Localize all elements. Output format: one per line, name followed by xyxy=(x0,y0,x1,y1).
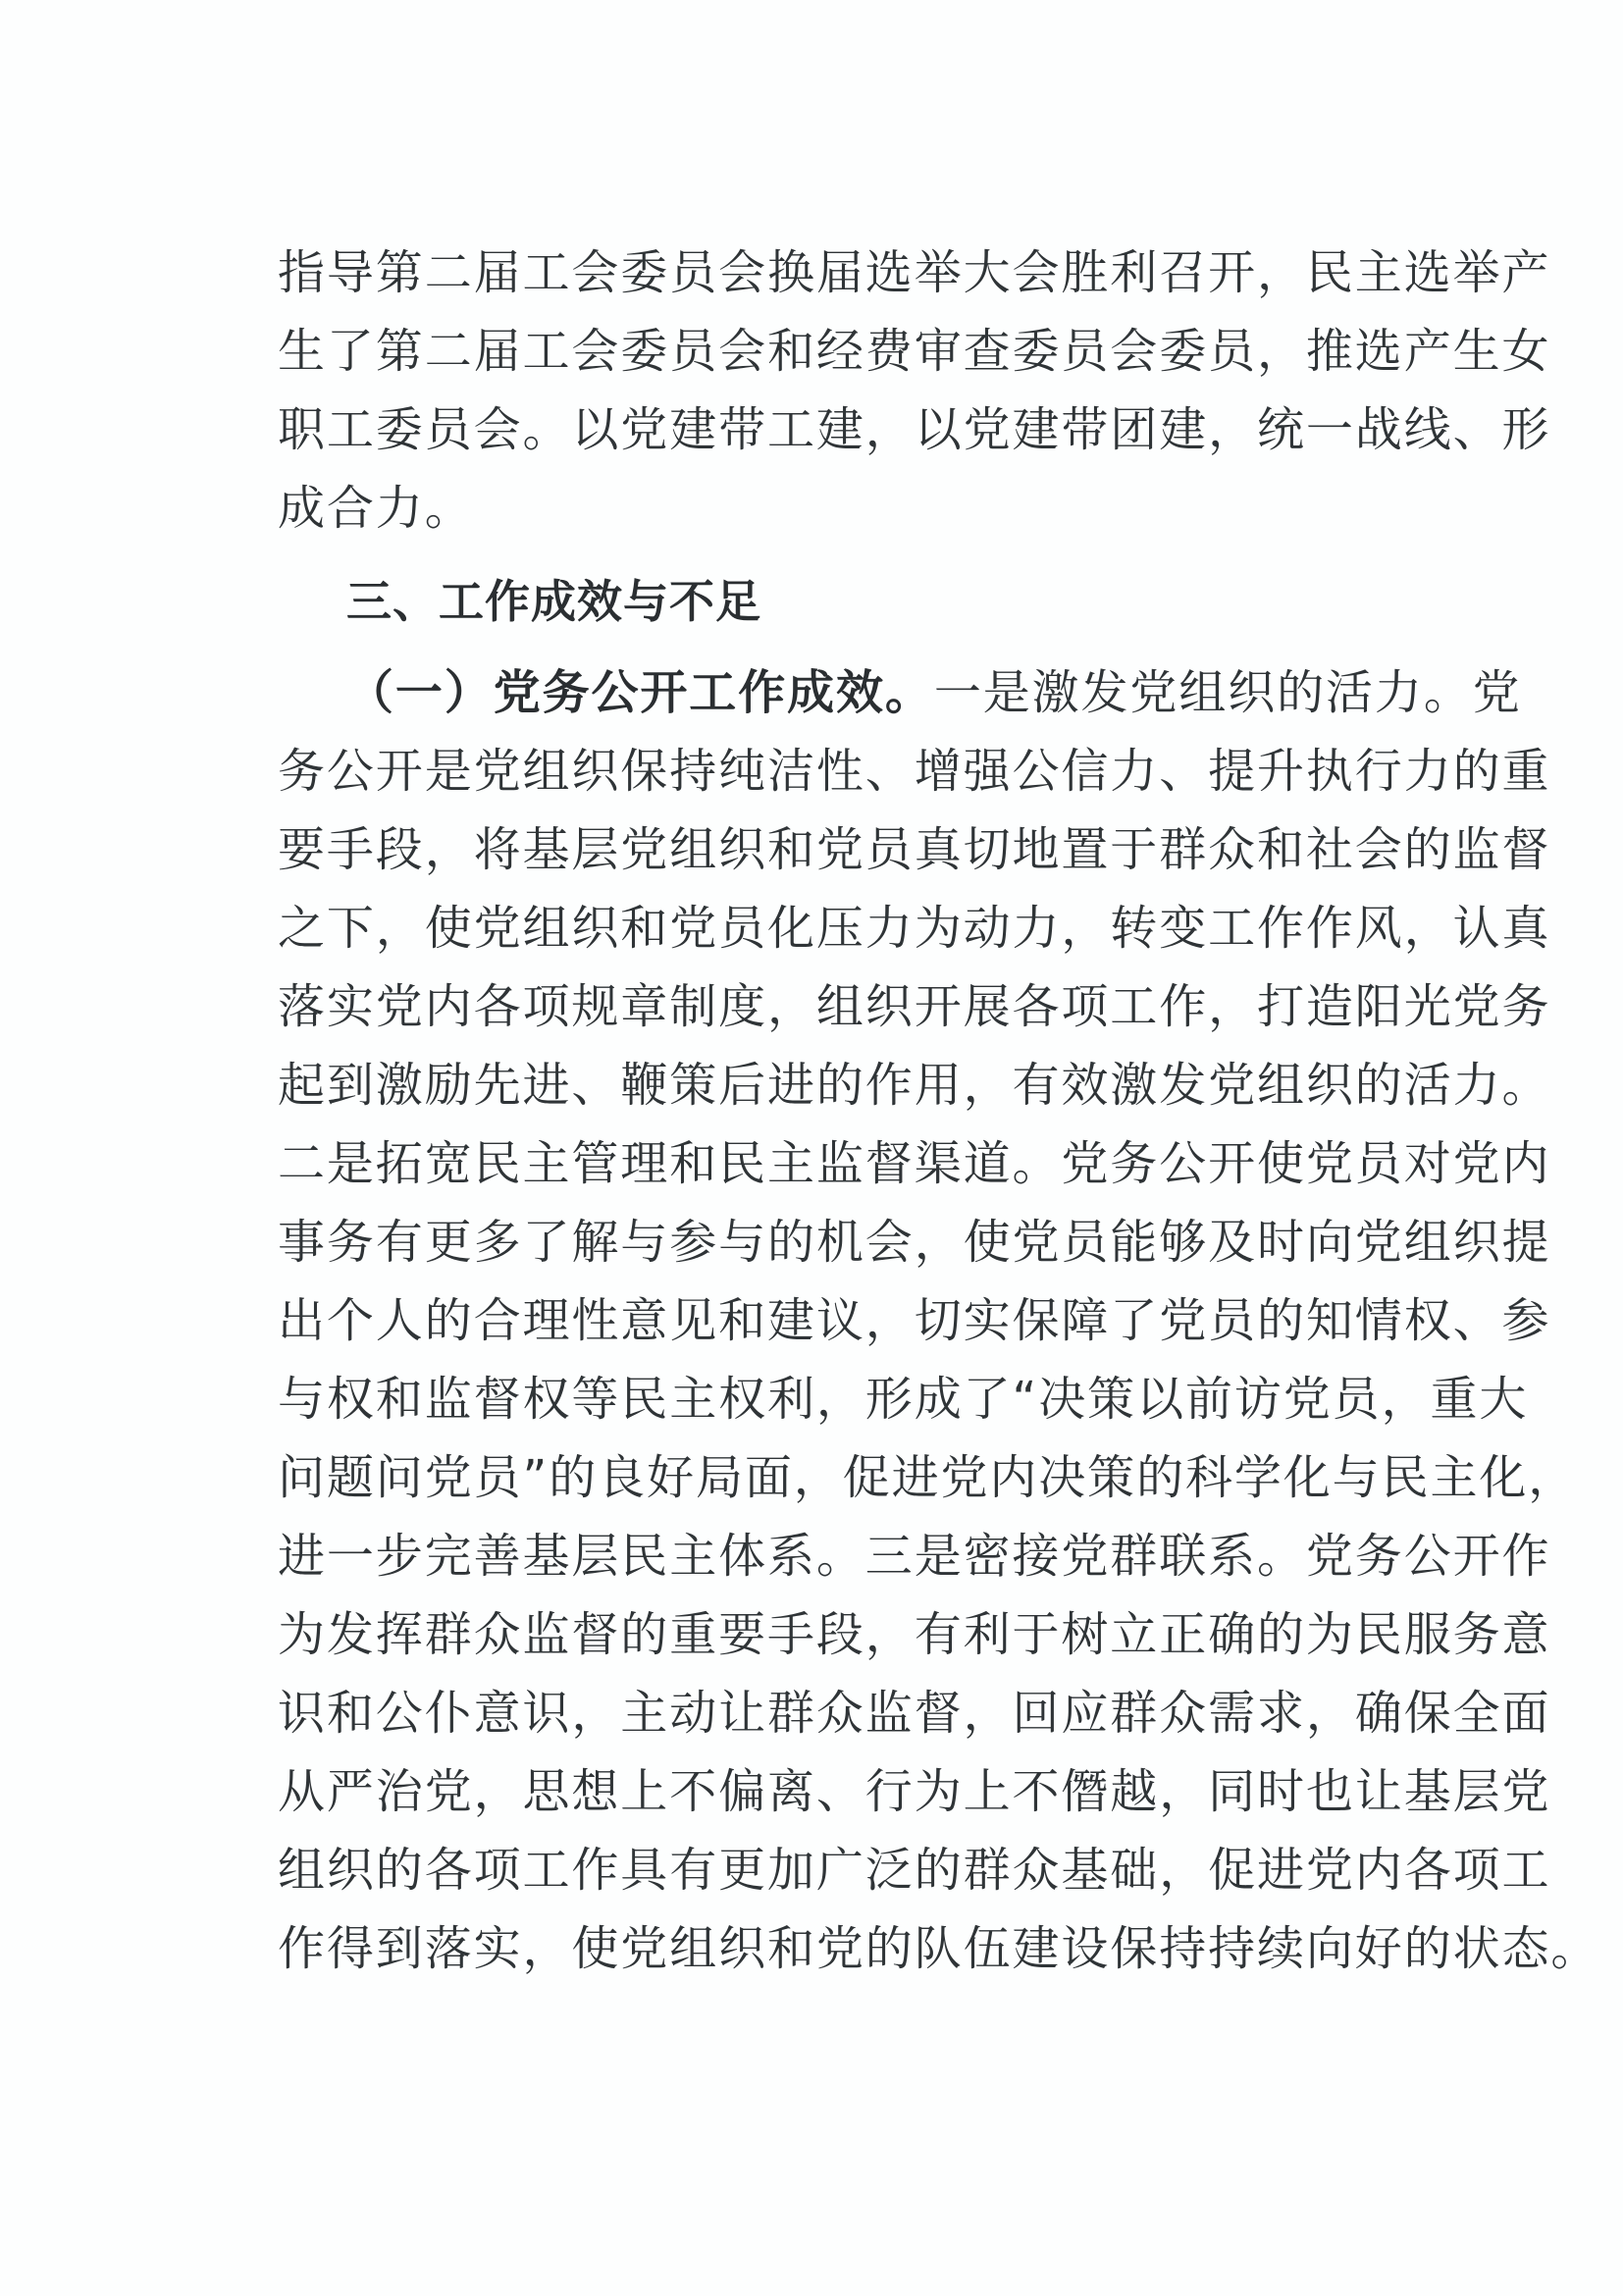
text-line: 务公开是党组织保持纯洁性、增强公信力、提升执行力的重 xyxy=(278,744,1367,799)
text-line: 二是拓宽民主管理和民主监督渠道。党务公开使党员对党内 xyxy=(278,1136,1367,1191)
text-line: 事务有更多了解与参与的机会，使党员能够及时向党组织提 xyxy=(278,1215,1367,1270)
text-line: 指导第二届工会委员会换届选举大会胜利召开，民主选举产 xyxy=(278,245,1367,300)
subsection-first-line: （一）党务公开工作成效。一是激发党组织的活力。党 xyxy=(346,665,1367,720)
text-line: 问题问党员”的良好局面，促进党内决策的科学化与民主化， xyxy=(278,1450,1367,1505)
section-heading: 三、工作成效与不足 xyxy=(346,574,761,629)
text-line: 为发挥群众监督的重要手段，有利于树立正确的为民服务意 xyxy=(278,1607,1367,1662)
text-line: 要手段，将基层党组织和党员真切地置于群众和社会的监督 xyxy=(278,822,1367,877)
text-line: 起到激励先进、鞭策后进的作用，有效激发党组织的活力。 xyxy=(278,1058,1367,1113)
subsection-first-line-text: 一是激发党组织的活力。党 xyxy=(934,665,1522,720)
text-line: 生了第二届工会委员会和经费审查委员会委员，推选产生女 xyxy=(278,324,1367,379)
subsection-title: （一）党务公开工作成效。 xyxy=(346,665,934,720)
text-line: 与权和监督权等民主权利，形成了“决策以前访党员，重大 xyxy=(278,1372,1367,1427)
text-line: 之下，使党组织和党员化压力为动力，转变工作作风，认真 xyxy=(278,901,1367,956)
text-line: 组织的各项工作具有更加广泛的群众基础，促进党内各项工 xyxy=(278,1843,1367,1898)
text-line: 进一步完善基层民主体系。三是密接党群联系。党务公开作 xyxy=(278,1529,1367,1584)
text-line: 职工委员会。以党建带工建，以党建带团建，统一战线、形 xyxy=(278,402,1367,457)
text-line: 识和公仆意识，主动让群众监督，回应群众需求，确保全面 xyxy=(278,1686,1367,1741)
text-line: 成合力。 xyxy=(278,481,1367,536)
text-line: 作得到落实，使党组织和党的队伍建设保持持续向好的状态。 xyxy=(278,1921,1396,1976)
text-line: 落实党内各项规章制度，组织开展各项工作，打造阳光党务 xyxy=(278,979,1367,1034)
document-page: 指导第二届工会委员会换届选举大会胜利召开，民主选举产 生了第二届工会委员会和经费… xyxy=(0,0,1623,2296)
text-line: 出个人的合理性意见和建议，切实保障了党员的知情权、参 xyxy=(278,1293,1367,1348)
text-line: 从严治党，思想上不偏离、行为上不僭越，同时也让基层党 xyxy=(278,1764,1367,1819)
